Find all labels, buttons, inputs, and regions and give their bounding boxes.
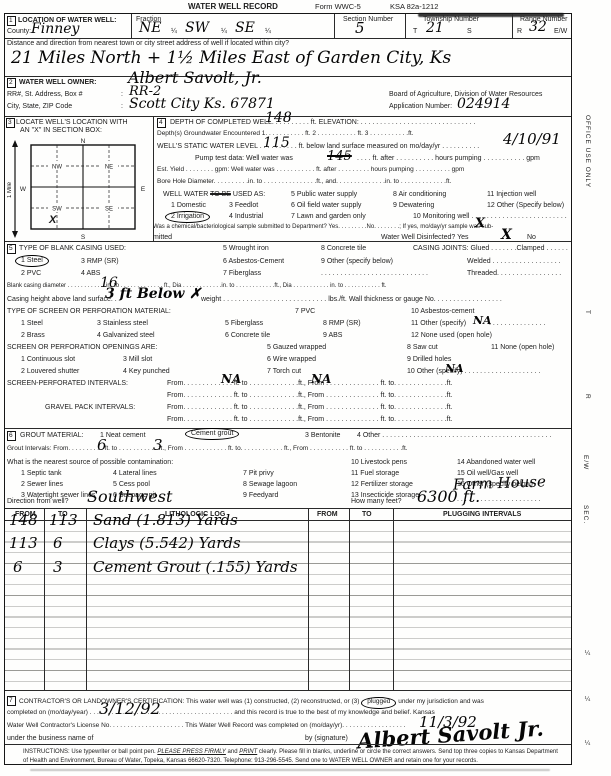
township-value: 21 xyxy=(426,21,444,35)
section1-badge: 1 xyxy=(7,16,16,26)
range-r: R xyxy=(517,28,522,35)
contam-7: 7 Pit privy xyxy=(243,470,274,477)
divider xyxy=(5,38,571,39)
use-option-1: 1 Domestic xyxy=(171,202,206,209)
screen-option-7: 7 PVC xyxy=(295,308,315,315)
screen-interval-na-from: NA xyxy=(221,373,241,385)
casing-option-5: 5 Wrought iron xyxy=(223,245,269,252)
well-x-mark: X xyxy=(48,214,57,226)
grout-option-4: 4 Other . . . . . . . . . . . . . . . . … xyxy=(357,432,552,439)
table-col-divider xyxy=(308,508,309,690)
water-well-record-form: WATER WELL RECORD Form WWC-5 KSA 82a-121… xyxy=(0,0,611,776)
use-option-12: 12 Other (Specify below) xyxy=(487,202,564,209)
grout-option-3: 3 Bentonite xyxy=(305,432,340,439)
screen-material-8: 8 RMP (SR) xyxy=(323,320,361,327)
col-header-to-2: TO xyxy=(362,511,372,518)
static-date-value: 4/10/91 xyxy=(503,132,561,147)
table-ruled-lines xyxy=(5,521,571,689)
use-option-10: 10 Monitoring well . . , . . . . . . . .… xyxy=(413,213,567,220)
opening-7: 7 Torch cut xyxy=(267,368,301,375)
margin-township-t: T xyxy=(584,310,591,315)
casing-height-value: 3 ft Below ✗ xyxy=(105,287,201,301)
contam-2: 2 Sewer lines xyxy=(21,481,63,488)
press-firmly-emphasis: PLEASE PRESS FIRMLY xyxy=(157,749,225,755)
screen-intervals-label: SCREEN-PERFORATED INTERVALS: xyxy=(7,380,128,387)
section-number-label: Section Number xyxy=(343,16,393,23)
screen-material-6: 6 Concrete tile xyxy=(225,332,270,339)
signature-label: by (signature) xyxy=(305,735,348,742)
county-value: Finney xyxy=(31,22,79,36)
casing-joints-label: CASING JOINTS: Glued . . . . . . .Clampe… xyxy=(413,245,568,252)
feet-label: How many feet? xyxy=(351,498,402,505)
scan-streak xyxy=(30,769,550,771)
opening-1: 1 Continuous slot xyxy=(21,356,75,363)
quadrant-nw: NW xyxy=(52,165,62,171)
contam-9: 9 Feedyard xyxy=(243,492,278,499)
county-label: County: xyxy=(7,28,31,35)
screen-material-2: 2 Brass xyxy=(21,332,45,339)
table-col-divider xyxy=(44,508,45,690)
quadrant-ne: NE xyxy=(105,165,113,171)
application-number-label: Application Number: xyxy=(389,103,452,110)
compass-s: S xyxy=(81,234,86,240)
mile-label: 1 Mile xyxy=(7,181,13,198)
log-row-from: 113 xyxy=(9,536,38,551)
pump-crossed-value: 145 xyxy=(327,150,352,163)
compass-e: E xyxy=(141,186,146,193)
opening-11: 11 None (open hole) xyxy=(491,344,554,351)
quarter-glyph: ¼ xyxy=(221,28,227,35)
divider xyxy=(5,744,571,745)
pump-test-rest: . . . . ft. after . . . . . . . . . . ho… xyxy=(357,155,540,162)
grout-heading: GROUT MATERIAL: xyxy=(20,432,84,439)
screen-option-10: 10 Asbestos-cement xyxy=(411,308,474,315)
instructions-line-2: of Health and Environment, Bureau of Wat… xyxy=(23,758,478,764)
static-level-line: WELL'S STATIC WATER LEVEL . . . . . . . … xyxy=(157,143,479,150)
grout-to-value: 3 xyxy=(153,438,163,453)
compass-w: W xyxy=(20,186,27,193)
feet-value: 6300 ft. xyxy=(417,489,480,505)
margin-quarter: ¼ xyxy=(584,650,591,658)
plugged-circled: plugged xyxy=(361,697,396,709)
disinfected-x-mark: X xyxy=(501,228,512,242)
screen-material-11: 11 Other (specify) xyxy=(411,320,466,327)
use-option-7: 7 Lawn and garden only xyxy=(291,213,366,220)
opening-8: 8 Saw cut xyxy=(407,344,438,351)
screen-interval-line-2: From. . . . . . . . . . . . . ft. to . .… xyxy=(167,392,453,399)
divider xyxy=(5,76,571,77)
gravel-interval-line-1: From. . . . . . . . . . . . . ft. to . .… xyxy=(167,404,453,411)
form-title: WATER WELL RECORD xyxy=(188,3,278,11)
table-bottom-border xyxy=(5,690,571,691)
static-level-value: 115 xyxy=(263,136,290,150)
screen-material-9: 9 ABS xyxy=(323,332,342,339)
pump-test-label: Pump test data: Well water was xyxy=(195,155,293,162)
margin-range-r: R xyxy=(584,394,591,400)
depth-line: DEPTH OF COMPLETED WELL. . . . . . . . .… xyxy=(170,119,475,126)
contam-11: 11 Fuel storage xyxy=(351,470,399,477)
screen-interval-na-to: NA xyxy=(311,373,331,385)
casing-option-7: 7 Fiberglass xyxy=(223,270,261,277)
contam-10: 10 Livestock pens xyxy=(351,459,407,466)
sample-no-x-mark: X xyxy=(475,217,485,230)
section3-heading-1: LOCATE WELL'S LOCATION WITH xyxy=(16,119,128,126)
casing-option-3: 3 RMP (SR) xyxy=(81,258,119,265)
contam-14: 14 Abandoned water well xyxy=(457,459,535,466)
section7-badge: 7 xyxy=(7,696,16,706)
colon: : xyxy=(121,103,123,110)
grout-option-2-circled: Cement grout xyxy=(185,428,239,440)
casing-option-1-circled: 1 Steel xyxy=(15,255,49,267)
sample-line: Was a chemical/bacteriological sample su… xyxy=(153,224,493,230)
screen-material-4: 4 Galvanized steel xyxy=(97,332,155,339)
casing-heading: TYPE OF BLANK CASING USED: xyxy=(19,245,126,252)
log-row-description: Sand (1.813) Yards xyxy=(93,513,238,528)
use-option-8: 8 Air conditioning xyxy=(393,191,446,198)
contam-8: 8 Sewage lagoon xyxy=(243,481,297,488)
section5-badge: 5 xyxy=(7,244,16,254)
col-header-from-2: FROM xyxy=(317,511,338,518)
contamination-heading: What is the nearest source of possible c… xyxy=(7,459,173,466)
city-value: Scott City Ks. 67871 xyxy=(129,97,275,111)
casing-option-9: 9 Other (specify below) xyxy=(321,258,393,265)
township-s: S xyxy=(467,28,472,35)
city-label: City, State, ZIP Code xyxy=(7,103,72,110)
use-option-11: 11 Injection well xyxy=(487,191,536,198)
fraction-1-value: NE xyxy=(139,21,161,35)
table-col-divider xyxy=(86,508,87,690)
use-option-2-circled: 2 Irrigation xyxy=(165,211,210,223)
log-row-description: Cement Grout (.155) Yards xyxy=(93,560,298,575)
opening-na: NA xyxy=(445,363,464,374)
use-as-label: WELL WATER TO BE USED AS: xyxy=(163,191,265,198)
opening-6: 6 Wire wrapped xyxy=(267,356,316,363)
log-row-from: 6 xyxy=(13,560,23,575)
divider xyxy=(334,14,335,38)
log-row-to: 6 xyxy=(53,536,63,551)
bore-hole-line: Bore Hole Diameter. . . . . . . . . .in.… xyxy=(157,179,451,186)
certification-line-1: CONTRACTOR'S OR LANDOWNER'S CERTIFICATIO… xyxy=(19,697,484,709)
address-label: RR#, St. Address, Box # xyxy=(7,91,82,98)
screen-interval-line-1: From. . . . . . . . . . . . . ft. to . .… xyxy=(167,380,453,387)
divider xyxy=(5,241,571,242)
fraction-3-value: SE xyxy=(235,21,255,35)
table-col-divider xyxy=(393,508,394,690)
use-option-6: 6 Oil field water supply xyxy=(291,202,361,209)
opening-2: 2 Louvered shutter xyxy=(21,368,79,375)
direction-label: Direction from well? xyxy=(7,498,68,505)
form-statute: KSA 82a-1212 xyxy=(390,3,438,11)
log-row-to: 113 xyxy=(49,513,78,528)
margin-quarter: ¼ xyxy=(584,696,591,704)
margin-ew: E/W xyxy=(582,455,589,470)
compass-n: N xyxy=(81,138,86,145)
direction-value: Southwest xyxy=(87,489,172,505)
est-yield-line: Est. Yield . . . . . . . . gpm: Well wat… xyxy=(157,167,464,174)
form-number: Form WWC-5 xyxy=(315,3,361,11)
section2-badge: 2 xyxy=(7,78,16,88)
margin-quarter: ¼ xyxy=(584,740,591,748)
use-option-5: 5 Public water supply xyxy=(291,191,357,198)
screen-material-11-dots: . . . . . . . . . . . . . . . xyxy=(489,320,545,327)
screen-material-5: 5 Fiberglass xyxy=(225,320,263,327)
table-col-divider xyxy=(349,508,350,690)
office-use-only-label: OFFICE USE ONLY xyxy=(584,115,591,188)
dots-blank: . . . . . . . . . . . . . . . . . . . . … xyxy=(321,270,428,277)
opening-3: 3 Mill slot xyxy=(123,356,152,363)
contam-1: 1 Septic tank xyxy=(21,470,61,477)
col-header-plugging-intervals: PLUGGING INTERVALS xyxy=(443,511,521,518)
section-number-value: 5 xyxy=(355,21,365,36)
opening-5: 5 Gauzed wrapped xyxy=(267,344,326,351)
log-row-description: Clays (5.542) Yards xyxy=(93,536,241,551)
section3-badge: 3 xyxy=(6,118,15,128)
gravel-interval-line-2: From. . . . . . . . . . . . . ft. to . .… xyxy=(167,416,453,423)
casing-weight-line: weight . . . . . . . . . . . . . . . . .… xyxy=(201,296,502,303)
screen-material-3: 3 Stainless steel xyxy=(97,320,148,327)
log-row-from: 148 xyxy=(9,513,38,528)
use-as-struck: TO BE xyxy=(210,191,231,198)
screen-material-12: 12 None used (open hole) xyxy=(411,332,492,339)
section4-badge: 4 xyxy=(157,118,166,128)
range-ew: E/W xyxy=(554,28,567,35)
colon: : xyxy=(121,91,123,98)
distance-label: Distance and direction from nearest town… xyxy=(7,40,289,47)
divider xyxy=(512,14,513,38)
owner-heading: WATER WELL OWNER: xyxy=(19,79,97,86)
business-name-label: under the business name of xyxy=(7,735,93,742)
print-emphasis: PRINT xyxy=(239,749,257,755)
section6-badge: 6 xyxy=(7,431,16,441)
quarter-glyph: ¼ xyxy=(265,28,271,35)
quarter-glyph: ¼ xyxy=(171,28,177,35)
quadrant-se: SE xyxy=(105,207,113,213)
divider xyxy=(131,14,132,38)
casing-option-8: 8 Concrete tile xyxy=(321,245,366,252)
gravel-pack-label: GRAVEL PACK INTERVALS: xyxy=(45,404,135,411)
certification-line-2: completed on (mo/day/year) . . . . . . .… xyxy=(7,710,435,717)
casing-option-2: 2 PVC xyxy=(21,270,41,277)
openings-heading: SCREEN OR PERFORATION OPENINGS ARE: xyxy=(7,344,157,351)
form-body: 1 LOCATION OF WATER WELL: County: Finney… xyxy=(4,13,572,765)
opening-10: 10 Other (specify) . . . . . . . . . . .… xyxy=(407,368,540,375)
screen-material-1: 1 Steel xyxy=(21,320,43,327)
township-t: T xyxy=(413,28,417,35)
completed-date-value: 3/12/92 xyxy=(99,701,161,717)
divider xyxy=(153,116,154,241)
use-option-9: 9 Dewatering xyxy=(393,202,434,209)
divider xyxy=(5,428,571,429)
casing-option-6: 6 Asbestos-Cement xyxy=(223,258,284,265)
use-option-4: 4 Industrial xyxy=(229,213,263,220)
table-top-border xyxy=(5,508,571,509)
contam-4: 4 Lateral lines xyxy=(113,470,157,477)
welded-label: Welded . . . . . . . . . . . . . . . . .… xyxy=(467,258,561,265)
casing-option-4: 4 ABS xyxy=(81,270,100,277)
grout-from-value: 6 xyxy=(97,438,107,453)
opening-4: 4 Key punched xyxy=(123,368,170,375)
section-box-diagram: 1 Mile N S W E NW NE SW SE X xyxy=(7,134,153,240)
certification-line-3: Water Well Contractor's License No. . . … xyxy=(7,723,405,730)
range-value: 32 xyxy=(529,20,547,34)
divider xyxy=(405,14,406,38)
instructions-line-1: INSTRUCTIONS: Use typewriter or ball poi… xyxy=(23,749,558,755)
margin-sec: SEC. xyxy=(582,505,589,524)
grout-intervals-line: Grout Intervals: From. . . . . . . . . .… xyxy=(7,446,408,453)
application-number-value: 024914 xyxy=(457,97,510,111)
fraction-2-value: SW xyxy=(185,21,209,35)
distance-value: 21 Miles North + 1½ Miles East of Garden… xyxy=(11,50,451,67)
contam-12: 12 Fertilizer storage xyxy=(351,481,413,488)
quadrant-sw: SW xyxy=(52,207,62,213)
screen-material-heading: TYPE OF SCREEN OR PERFORATION MATERIAL: xyxy=(7,308,171,315)
log-row-to: 3 xyxy=(53,560,63,575)
use-option-3: 3 Feedlot xyxy=(229,202,258,209)
casing-height-label: Casing height above land surface. . xyxy=(7,296,117,303)
threaded-label: Threaded. . . . . . . . . . . . . . . . … xyxy=(467,270,561,277)
depth-value: 148 xyxy=(265,111,292,125)
